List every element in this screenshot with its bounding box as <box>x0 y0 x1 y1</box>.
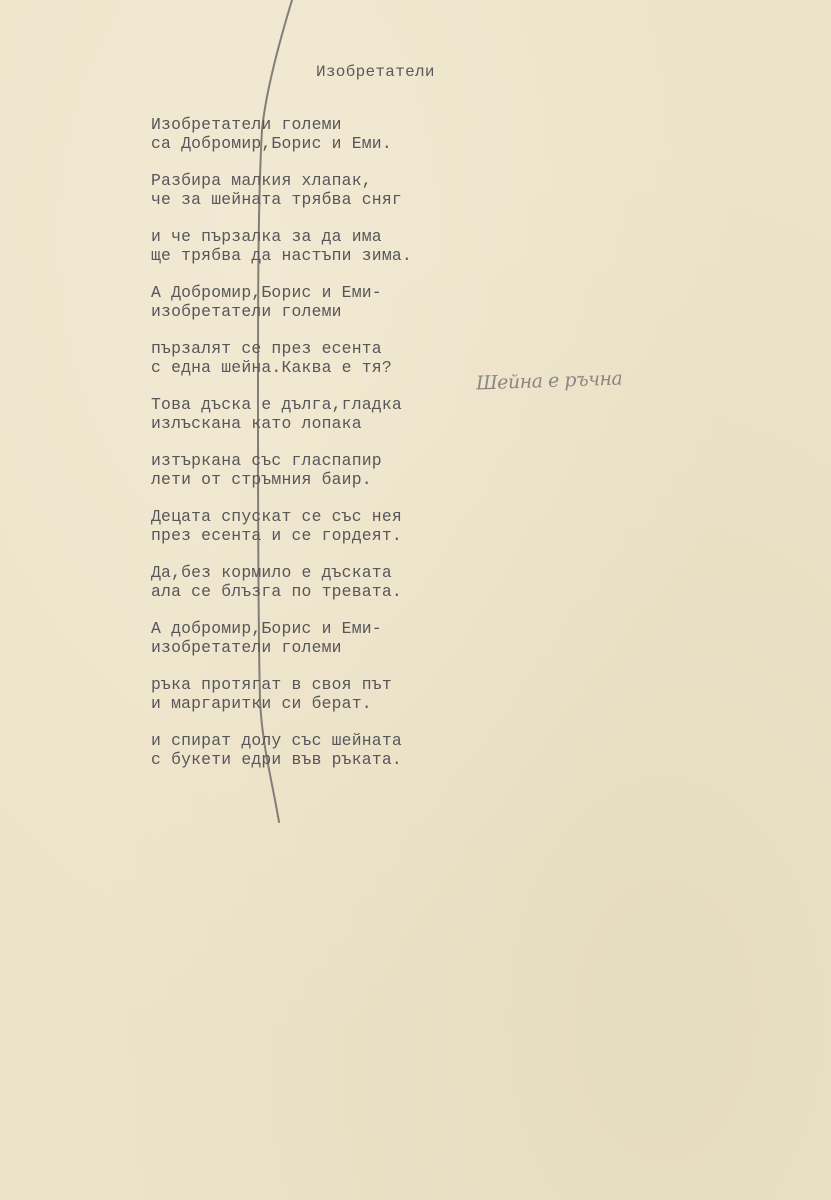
page-title: Изобретатели <box>316 63 435 81</box>
poem-line: ала се блъзга по тревата. <box>151 582 412 601</box>
poem-line: Децата спускат се със нея <box>151 507 412 526</box>
poem-line: Разбира малкия хлапак, <box>151 171 412 190</box>
poem-line: А добромир,Борис и Еми- <box>151 619 412 638</box>
poem-line: пързалят се през есента <box>151 339 412 358</box>
poem-line: с букети едри във ръката. <box>151 750 412 769</box>
stanza: Децата спускат се със нея през есента и … <box>151 507 412 545</box>
poem-line: изобретатели големи <box>151 638 412 657</box>
stanza: А Добромир,Борис и Еми- изобретатели гол… <box>151 283 412 321</box>
poem-line: изобретатели големи <box>151 302 412 321</box>
poem-line: Да,без кормило е дъската <box>151 563 412 582</box>
poem-line: Това дъска е дълга,гладка <box>151 395 412 414</box>
poem-line: с една шейна.Каква е тя? <box>151 358 412 377</box>
poem-line: че за шейната трябва сняг <box>151 190 412 209</box>
stanza: Разбира малкия хлапак, че за шейната тря… <box>151 171 412 209</box>
poem-line: излъскана като лопака <box>151 414 412 433</box>
stanza: ръка протягат в своя път и маргаритки си… <box>151 675 412 713</box>
stanza: и спират долу със шейната с букети едри … <box>151 731 412 769</box>
poem-line: са Добромир,Борис и Еми. <box>151 134 412 153</box>
pencil-line-mark <box>0 0 831 1200</box>
stanza: изтъркана със гласпапир лети от стръмния… <box>151 451 412 489</box>
stanza: Да,без кормило е дъската ала се блъзга п… <box>151 563 412 601</box>
stanza: пързалят се през есента с една шейна.Как… <box>151 339 412 377</box>
stanza: и че пързалка за да има ще трябва да нас… <box>151 227 412 265</box>
stanza: Изобретатели големи са Добромир,Борис и … <box>151 115 412 153</box>
poem-body: Изобретатели големи са Добромир,Борис и … <box>151 115 412 787</box>
poem-line: и спират долу със шейната <box>151 731 412 750</box>
poem-line: ще трябва да настъпи зима. <box>151 246 412 265</box>
poem-line: и че пързалка за да има <box>151 227 412 246</box>
poem-line: изтъркана със гласпапир <box>151 451 412 470</box>
poem-line: и маргаритки си берат. <box>151 694 412 713</box>
poem-line: ръка протягат в своя път <box>151 675 412 694</box>
poem-line: през есента и се гордеят. <box>151 526 412 545</box>
poem-line: Изобретатели големи <box>151 115 412 134</box>
stanza: Това дъска е дълга,гладка излъскана като… <box>151 395 412 433</box>
poem-line: лети от стръмния баир. <box>151 470 412 489</box>
typewritten-page: Изобретатели Изобретатели големи са Добр… <box>0 0 831 1200</box>
poem-line: А Добромир,Борис и Еми- <box>151 283 412 302</box>
stanza: А добромир,Борис и Еми- изобретатели гол… <box>151 619 412 657</box>
handwritten-margin-note: Шейна е ръчна <box>476 367 623 394</box>
